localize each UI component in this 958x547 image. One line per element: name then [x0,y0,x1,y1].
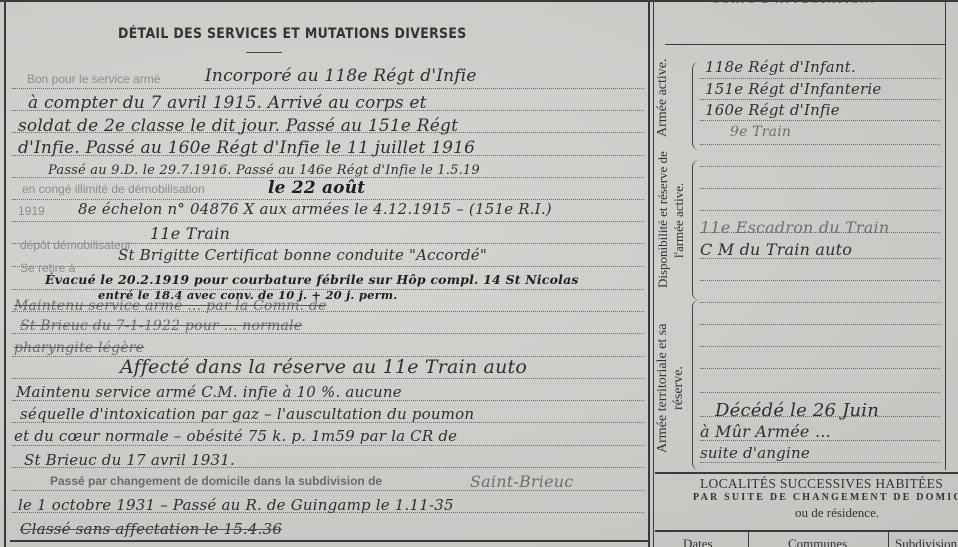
ruled-line [700,144,940,145]
ruled-line [700,302,940,303]
affectation-9e-train: 9e Train [730,124,791,140]
localites-title: LOCALITÉS SUCCESSIVES HABITÉES [700,476,943,492]
ruled-line [12,445,644,446]
printed-label-passe: Passé par changement de domicile dans la… [50,474,382,488]
ruled-line [700,368,940,369]
ruled-line [700,346,940,347]
entry-octobre-1931: le 1 octobre 1931 – Passé au R. de Guing… [18,496,454,514]
printed-label-year: 1919 [18,204,45,218]
affectation-151e: 151e Régt d'Infanterie [705,80,881,98]
page-title: DÉTAIL DES SERVICES ET MUTATIONS DIVERSE… [118,26,488,42]
center-divider-inner [653,0,654,547]
brace-armee-active [692,62,699,150]
affectation-11e-escadron: 11e Escadron du Train [700,218,889,237]
entry-sequelle: séquelle d'intoxication par gaz – l'ausc… [20,405,474,423]
ruled-line [700,392,940,393]
entry-soldat: soldat de 2e classe le dit jour. Passé a… [18,116,458,136]
affectation-160e: 160e Régt d'Infie [705,101,840,119]
printed-label-conge: en congé illimité de démobilisation [22,182,205,196]
ruled-line [700,324,940,325]
ruled-line [700,120,940,121]
entry-incorpore: Incorporé au 118e Régt d'Infie [205,66,477,86]
ruled-line [12,88,644,89]
left-border [4,0,6,547]
ruled-line [700,280,940,281]
bottom-rule [10,540,648,542]
column-header-communes: Communes [788,536,847,547]
entry-evacue: Évacué le 20.2.1919 pour courbature fébr… [45,272,579,287]
localites-subtitle2: ou de résidence. [795,505,879,521]
deces-date: Décédé le 26 Juin [715,400,879,421]
ruled-line [700,78,940,79]
right-divider [945,0,946,470]
brace-disponibilite [692,160,699,300]
deces-cause: suite d'angine [700,444,810,462]
entry-st-brieuc-1922-struck: St Brieuc du 7-1-1922 pour … normale [20,318,302,334]
affectation-cm-train-auto: C M du Train auto [700,240,852,259]
entry-passe-9d: Passé au 9.D. le 29.7.1916. Passé au 146… [48,163,480,178]
column-divider [888,532,889,547]
section-label-territoriale: Armée territoriale et sa réserve. [655,318,691,458]
section-label-armee-active: Armée active. [655,58,691,138]
corps-affectation-header: CORPS D'AFFECTATION. [712,0,875,6]
register-page: DÉTAIL DES SERVICES ET MUTATIONS DIVERSE… [0,0,958,547]
entry-22-aout: le 22 août [268,178,365,198]
entry-brigitte: St Brigitte Certificat bonne conduite "A… [118,246,487,264]
column-header-dates: Dates [683,536,713,547]
ruled-line [12,221,644,222]
entry-saint-brieuc: Saint-Brieuc [470,472,573,491]
printed-label-bon-pour: Bon pour le service armé [27,72,160,86]
entry-cr-1931: St Brieuc du 17 avril 1931. [24,451,235,469]
entry-maintenu-sa: Maintenu service armé C.M. infie à 10 %.… [16,383,402,401]
right-header-rule [665,44,945,45]
entry-a-compter: à compter du 7 avril 1915. Arrivé au cor… [28,93,427,113]
entry-pharyngite-struck: pharyngite légère [14,340,144,356]
entry-echelon: 8e échelon n° 04876 X aux armées le 4.12… [78,200,552,218]
entry-maintenu-struck: Maintenu service armé … par la Comm. de [14,298,327,314]
ruled-line [700,462,940,463]
deces-lieu: à Mûr Armée … [700,422,831,441]
ruled-line [700,166,940,167]
column-header-subdivision: Subdivision [895,536,957,547]
section-label-disponibilite: Disponibilité et réserve de l'armée acti… [655,150,691,290]
ruled-line [12,378,644,379]
entry-affecte: Affecté dans la réserve au 11e Train aut… [120,356,527,378]
localities-top-rule [655,472,958,474]
entry-classe-sans-affectation: Classé sans affectation le 15.4.36 [20,520,282,538]
entry-passe-160: d'Infie. Passé au 160e Régt d'Infie le 1… [18,138,475,158]
entry-11e-train: 11e Train [150,224,230,243]
ruled-line [700,99,940,100]
entry-coeur: et du cœur normale – obésité 75 k. p. 1m… [14,427,457,445]
localites-subtitle: PAR SUITE DE CHANGEMENT DE DOMICILE [693,492,958,503]
center-divider [648,0,650,547]
localities-rule [655,530,958,532]
brace-territoriale [692,300,699,470]
ruled-line [12,266,644,267]
printed-label-depot: dépôt démobilisateur [20,238,131,252]
ruled-line [700,188,940,189]
ruled-line [700,210,940,211]
column-divider [748,532,749,547]
title-underline [246,52,282,53]
affectation-118e: 118e Régt d'Infant. [705,58,856,76]
